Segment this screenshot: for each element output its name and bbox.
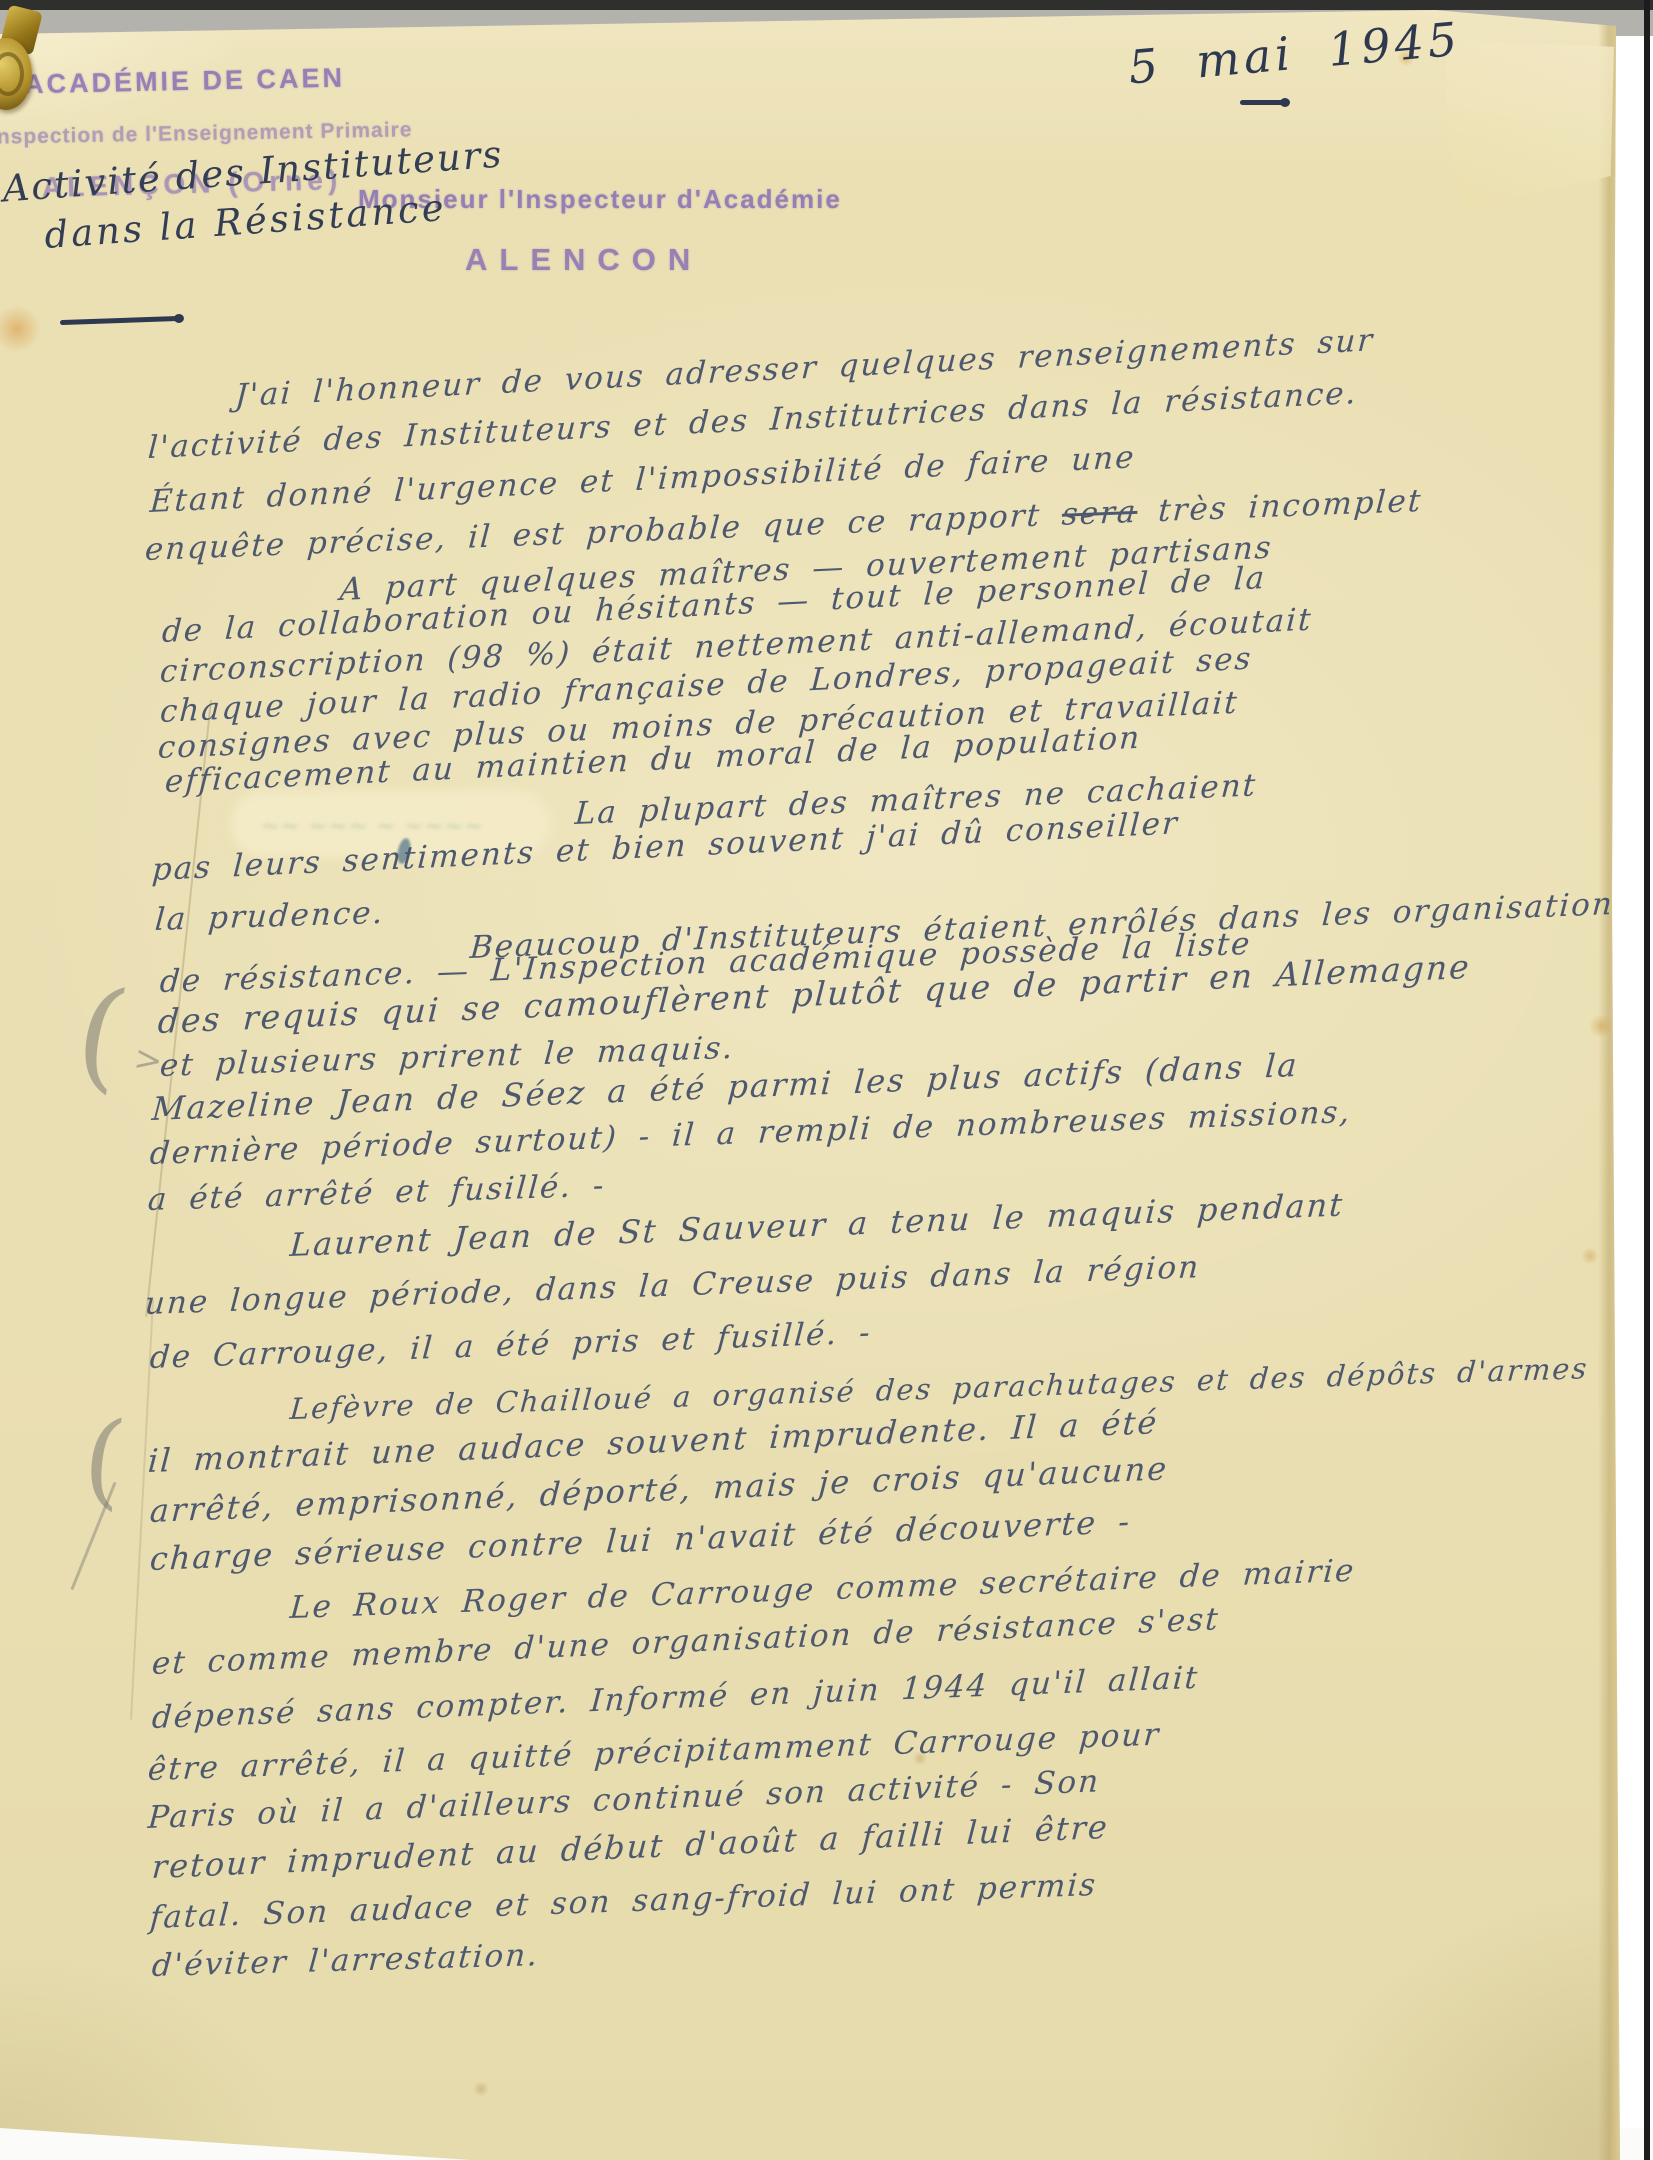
date-underline-stroke — [1240, 100, 1286, 105]
paper-fold-corner — [1446, 40, 1614, 210]
handwritten-line: d'éviter l'arrestation. — [151, 1937, 541, 1984]
handwritten-line: la prudence. — [154, 895, 386, 938]
paper-stain — [0, 306, 42, 352]
handwritten-line: a été arrêté et fusillé. - — [147, 1168, 607, 1218]
pencil-margin-mark: ( — [66, 962, 136, 1107]
paper-torn-right-edge — [1598, 24, 1618, 2160]
academy-stamp-line1: ACADÉMIE DE CAEN — [24, 63, 346, 101]
date-handwritten: 5 mai 1945 — [1126, 12, 1463, 95]
paper-stain — [472, 2082, 490, 2096]
recipient-stamp-line2: ALENCON — [465, 242, 702, 278]
subject-underline-stroke — [60, 316, 180, 325]
paper-stain — [1580, 1248, 1600, 1264]
struck-word: sera — [1061, 494, 1139, 533]
scanner-edge-right — [1644, 0, 1650, 2160]
erased-ghost-text: ~~ ~~~ ~ ~~~~ — [260, 812, 500, 832]
paper-stain — [1588, 1015, 1614, 1037]
brass-paper-fastener — [0, 8, 46, 120]
scanner-edge-top — [0, 0, 1653, 10]
scanned-letter-page: { "header": { "date_handwritten": "5 mai… — [0, 0, 1653, 2160]
handwritten-line: de Carrouge, il a été pris et fusillé. - — [149, 1315, 873, 1376]
paper-sheet: ACADÉMIE DE CAEN Inspection de l'Enseign… — [0, 0, 1653, 2160]
